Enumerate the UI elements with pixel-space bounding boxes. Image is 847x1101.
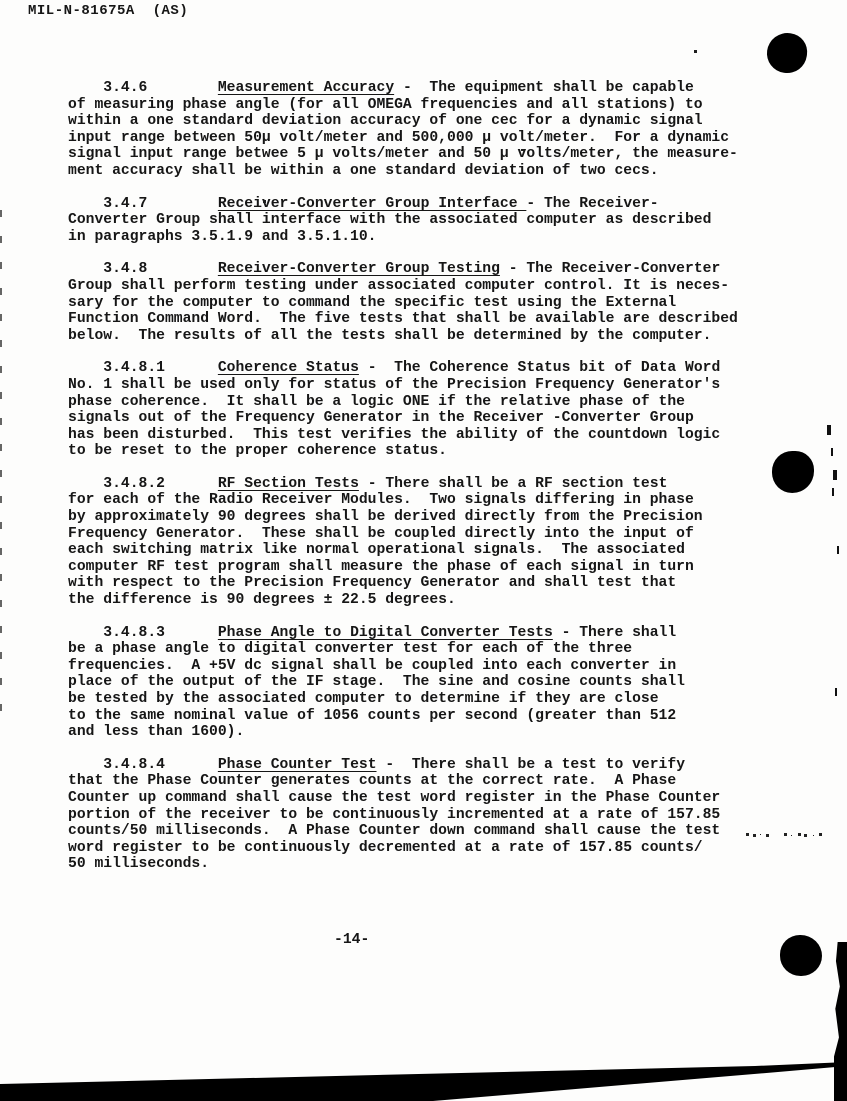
section-text: - There shall be a test to verify that t… bbox=[68, 757, 720, 873]
section-number: 3.4.7 bbox=[68, 196, 218, 212]
section-heading: Coherence Status bbox=[218, 360, 359, 376]
stray-ink-dot bbox=[694, 50, 697, 53]
right-edge-scan-specks bbox=[827, 425, 831, 435]
left-edge-scan-artifact bbox=[0, 210, 2, 715]
paragraph-3-4-8-1: 3.4.8.1 Coherence Status - The Coherence… bbox=[68, 360, 773, 460]
punch-hole-top-icon bbox=[764, 30, 809, 75]
section-heading: Phase Counter Test bbox=[218, 757, 377, 773]
section-text: - There shall be a RF section test for e… bbox=[68, 476, 703, 608]
bottom-scan-bar bbox=[0, 1058, 847, 1101]
section-number: 3.4.6 bbox=[68, 80, 218, 96]
section-number: 3.4.8.1 bbox=[68, 360, 218, 376]
paragraph-3-4-7: 3.4.7 Receiver-Converter Group Interface… bbox=[68, 196, 773, 246]
section-number: 3.4.8.4 bbox=[68, 757, 218, 773]
page-number: -14- bbox=[334, 932, 369, 948]
document-body: 3.4.6 Measurement Accuracy - The equipme… bbox=[68, 80, 773, 889]
paragraph-3-4-8-4: 3.4.8.4 Phase Counter Test - There shall… bbox=[68, 757, 773, 873]
paragraph-3-4-8: 3.4.8 Receiver-Converter Group Testing -… bbox=[68, 261, 773, 344]
section-heading: Receiver-Converter Group Testing bbox=[218, 261, 500, 277]
stray-ink-dot bbox=[521, 149, 524, 151]
punch-hole-bottom-icon bbox=[780, 935, 822, 976]
section-number: 3.4.8.2 bbox=[68, 476, 218, 492]
paragraph-3-4-6: 3.4.6 Measurement Accuracy - The equipme… bbox=[68, 80, 773, 180]
section-number: 3.4.8 bbox=[68, 261, 218, 277]
document-id-header: MIL-N-81675A (AS) bbox=[28, 3, 188, 19]
paragraph-3-4-8-2: 3.4.8.2 RF Section Tests - There shall b… bbox=[68, 476, 773, 609]
stray-ink-dot bbox=[263, 200, 266, 203]
section-heading: Measurement Accuracy bbox=[218, 80, 394, 96]
speckle-scan-artifact bbox=[746, 833, 749, 836]
section-text: - There shall be a phase angle to digita… bbox=[68, 625, 685, 741]
section-number: 3.4.8.3 bbox=[68, 625, 218, 641]
section-heading: RF Section Tests bbox=[218, 476, 359, 492]
punch-hole-middle-icon bbox=[772, 451, 814, 493]
section-heading: Receiver-Converter Group Interface bbox=[218, 196, 527, 212]
paragraph-3-4-8-3: 3.4.8.3 Phase Angle to Digital Converter… bbox=[68, 625, 773, 741]
section-heading: Phase Angle to Digital Converter Tests bbox=[218, 625, 553, 641]
document-page: MIL-N-81675A (AS) 3.4.6 Measurement Accu… bbox=[0, 0, 847, 1101]
